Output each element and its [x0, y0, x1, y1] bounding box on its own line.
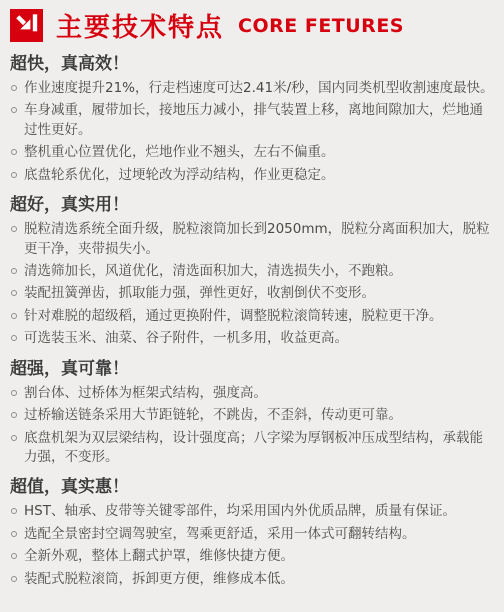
feature-text: 底盘机架为双层梁结构，设计强度高；八字梁为厚钢板冲压成型结构，承载能力强，不变形…: [24, 429, 496, 468]
list-item: 车身减重，履带加长，接地压力减小，排气装置上移，离地间隙加大，烂地通过性更好。: [10, 101, 496, 140]
feature-text: 针对难脱的超级稻，通过更换附件，调整脱粒滚筒转速，脱粒更干净。: [24, 307, 496, 326]
bullet-circle-icon: [11, 553, 17, 559]
feature-text: 清选筛加长，风道优化，清选面积加大，清选损失小，不跑粮。: [24, 262, 496, 281]
page-title: 主要技术特点: [56, 7, 224, 44]
feature-text: 选配全景密封空调驾驶室，驾乘更舒适，采用一体式可翻转结构。: [24, 525, 496, 544]
bullet-circle-icon: [11, 85, 17, 91]
section-title: 超强，真可靠！: [10, 358, 496, 381]
bullet-circle-icon: [11, 531, 17, 537]
bullet-circle-icon: [11, 268, 17, 274]
list-item: 针对难脱的超级稻，通过更换附件，调整脱粒滚筒转速，脱粒更干净。: [10, 307, 496, 326]
feature-text: 车身减重，履带加长，接地压力减小，排气装置上移，离地间隙加大，烂地通过性更好。: [24, 101, 496, 140]
bullet-circle-icon: [11, 149, 17, 155]
list-item: 装配式脱粒滚筒，拆卸更方便，维修成本低。: [10, 570, 496, 589]
list-item: 脱粒清选系统全面升级，脱粒滚筒加长到2050mm，脱粒分离面积加大，脱粒更干净，…: [10, 220, 496, 259]
section-title: 超快，真高效！: [10, 53, 496, 76]
bullet-circle-icon: [11, 390, 17, 396]
feature-list: 脱粒清选系统全面升级，脱粒滚筒加长到2050mm，脱粒分离面积加大，脱粒更干净，…: [10, 220, 496, 349]
feature-list: 作业速度提升21%，行走档速度可达2.41米/秒，国内同类机型收割速度最快。车身…: [10, 79, 496, 185]
feature-text: 底盘轮系优化，过埂轮改为浮动结构，作业更稳定。: [24, 166, 496, 185]
arrow-down-right-corner-icon: [10, 9, 43, 42]
bullet-circle-icon: [11, 107, 17, 113]
feature-text: 装配式脱粒滚筒，拆卸更方便，维修成本低。: [24, 570, 496, 589]
section-title: 超好，真实用！: [10, 194, 496, 217]
bullet-circle-icon: [11, 412, 17, 418]
bullet-circle-icon: [11, 290, 17, 296]
bullet-circle-icon: [11, 226, 17, 232]
feature-text: 全新外观，整体上翻式护罩，维修快捷方便。: [24, 547, 496, 566]
feature-text: 可选装玉米、油菜、谷子附件，一机多用，收益更高。: [24, 329, 496, 348]
bullet-circle-icon: [11, 508, 17, 514]
list-item: 清选筛加长，风道优化，清选面积加大，清选损失小，不跑粮。: [10, 262, 496, 281]
list-item: 割台体、过桥体为框架式结构，强度高。: [10, 384, 496, 403]
feature-text: 装配扭簧弹齿，抓取能力强，弹性更好，收割倒伏不变形。: [24, 284, 496, 303]
bullet-circle-icon: [11, 435, 17, 441]
feature-list: HST、轴承、皮带等关键零部件，均采用国内外优质品牌，质量有保证。选配全景密封空…: [10, 502, 496, 589]
bullet-circle-icon: [11, 172, 17, 178]
feature-text: 脱粒清选系统全面升级，脱粒滚筒加长到2050mm，脱粒分离面积加大，脱粒更干净，…: [24, 220, 496, 259]
feature-sections: 超快，真高效！作业速度提升21%，行走档速度可达2.41米/秒，国内同类机型收割…: [10, 53, 496, 589]
bullet-circle-icon: [11, 313, 17, 319]
feature-text: 作业速度提升21%，行走档速度可达2.41米/秒，国内同类机型收割速度最快。: [24, 79, 496, 98]
feature-text: 整机重心位置优化，烂地作业不翘头，左右不偏重。: [24, 143, 496, 162]
feature-text: 过桥输送链条采用大节距链轮，不跳齿，不歪斜，传动更可靠。: [24, 406, 496, 425]
list-item: 底盘机架为双层梁结构，设计强度高；八字梁为厚钢板冲压成型结构，承载能力强，不变形…: [10, 429, 496, 468]
list-item: 作业速度提升21%，行走档速度可达2.41米/秒，国内同类机型收割速度最快。: [10, 79, 496, 98]
list-item: 可选装玉米、油菜、谷子附件，一机多用，收益更高。: [10, 329, 496, 348]
bullet-circle-icon: [11, 335, 17, 341]
list-item: 底盘轮系优化，过埂轮改为浮动结构，作业更稳定。: [10, 166, 496, 185]
feature-text: 割台体、过桥体为框架式结构，强度高。: [24, 384, 496, 403]
feature-text: HST、轴承、皮带等关键零部件，均采用国内外优质品牌，质量有保证。: [24, 502, 496, 521]
page-header: 主要技术特点 CORE FETURES: [10, 7, 496, 44]
list-item: 装配扭簧弹齿，抓取能力强，弹性更好，收割倒伏不变形。: [10, 284, 496, 303]
page-subtitle-en: CORE FETURES: [238, 15, 404, 37]
section-title: 超值，真实惠！: [10, 476, 496, 499]
list-item: 整机重心位置优化，烂地作业不翘头，左右不偏重。: [10, 143, 496, 162]
bullet-circle-icon: [11, 576, 17, 582]
list-item: 全新外观，整体上翻式护罩，维修快捷方便。: [10, 547, 496, 566]
list-item: 选配全景密封空调驾驶室，驾乘更舒适，采用一体式可翻转结构。: [10, 525, 496, 544]
list-item: 过桥输送链条采用大节距链轮，不跳齿，不歪斜，传动更可靠。: [10, 406, 496, 425]
feature-page: 主要技术特点 CORE FETURES 超快，真高效！作业速度提升21%，行走档…: [0, 0, 504, 589]
list-item: HST、轴承、皮带等关键零部件，均采用国内外优质品牌，质量有保证。: [10, 502, 496, 521]
feature-list: 割台体、过桥体为框架式结构，强度高。过桥输送链条采用大节距链轮，不跳齿，不歪斜，…: [10, 384, 496, 468]
